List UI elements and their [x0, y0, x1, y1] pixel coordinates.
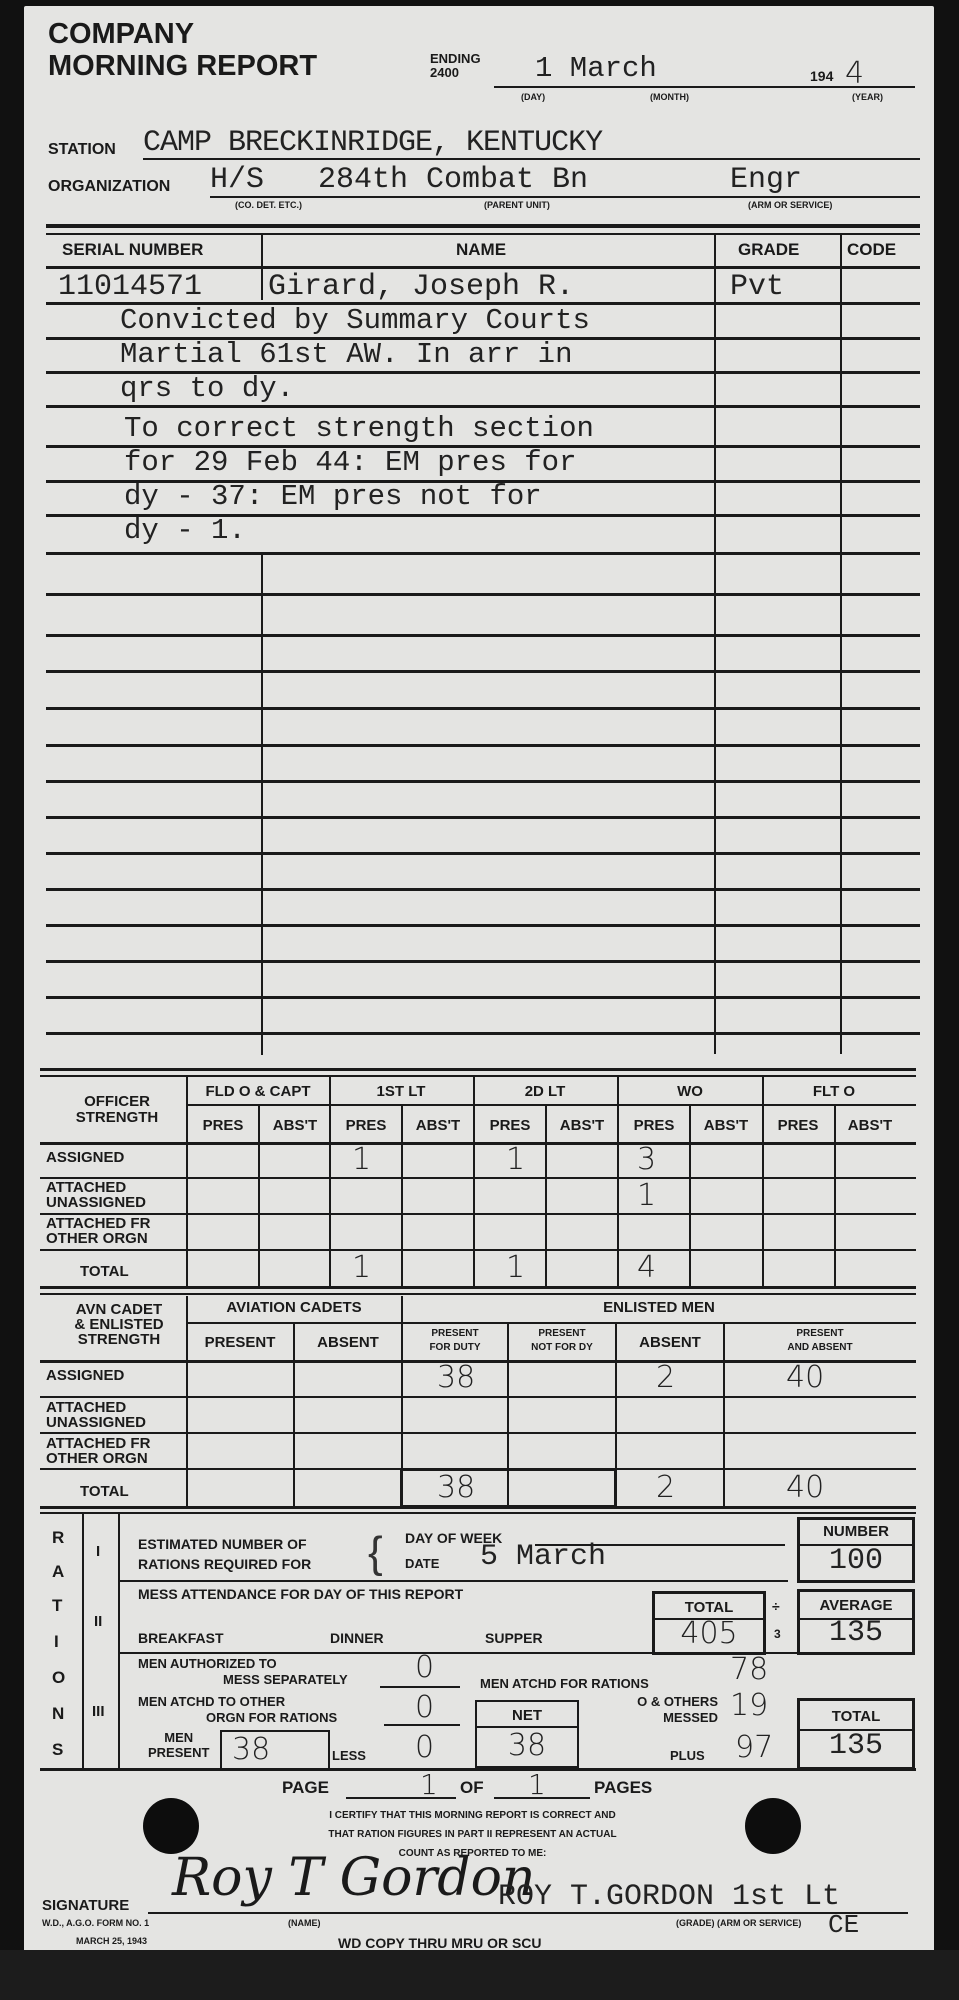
remark-line: Martial 61st AW. In arr in	[120, 338, 572, 371]
letter: O	[52, 1670, 65, 1686]
average-label: AVERAGE	[800, 1598, 912, 1614]
label-2: RATIONS REQUIRED FOR	[138, 1554, 311, 1574]
title-1: OFFICER	[72, 1094, 162, 1110]
line-1: PRESENT	[508, 1327, 616, 1341]
net-value: 38	[477, 1728, 577, 1763]
group-enlisted-men: ENLISTED MEN	[402, 1300, 916, 1316]
rule	[46, 337, 920, 340]
assigned-absent: 2	[656, 1360, 675, 1395]
part-3-numeral: III	[92, 1704, 105, 1720]
row-assigned: ASSIGNED	[46, 1368, 124, 1384]
ration-total-box: TOTAL 135	[797, 1698, 915, 1770]
label-1: ESTIMATED NUMBER OF	[138, 1534, 311, 1554]
col-em-absent: ABSENT	[616, 1335, 724, 1351]
station-underline	[143, 158, 920, 160]
rule	[46, 996, 920, 999]
punch-hole	[745, 1798, 801, 1854]
label-2: UNASSIGNED	[46, 1195, 146, 1210]
service-caption: (ARM OR SERVICE)	[748, 200, 832, 210]
atchd-other-orgn-value: 0	[415, 1690, 434, 1725]
rule	[46, 405, 920, 408]
sub-pres: PRES	[188, 1118, 258, 1134]
roster-top-rule	[46, 224, 920, 228]
brace-icon: {	[368, 1528, 383, 1578]
page-label: PAGE	[282, 1780, 329, 1796]
total-1st-lt-pres: 1	[352, 1250, 371, 1285]
rule	[46, 480, 920, 483]
sub-pres: PRES	[763, 1118, 833, 1134]
label-2: OTHER ORGN	[46, 1231, 150, 1246]
enlisted-header-rule	[40, 1360, 916, 1363]
group-wo: WO	[618, 1084, 762, 1100]
col-header-serial: SERIAL NUMBER	[62, 242, 203, 258]
v	[762, 1076, 764, 1288]
average-box: AVERAGE 135	[797, 1589, 915, 1655]
punch-hole	[143, 1798, 199, 1854]
underline	[346, 1797, 456, 1799]
rule	[40, 1213, 916, 1215]
row-total: TOTAL	[80, 1264, 129, 1280]
label-1: ATTACHED	[46, 1180, 146, 1195]
scan-background	[0, 1950, 959, 2000]
divide-icon: ÷	[772, 1598, 780, 1614]
rule	[46, 744, 920, 747]
officer-strength-title: OFFICER STRENGTH	[72, 1094, 162, 1126]
rule	[46, 924, 920, 927]
sub-abst: ABS'T	[691, 1118, 761, 1134]
atchd-for-rations-value: 78	[730, 1652, 768, 1687]
organization-parent-unit: 284th Combat Bn	[318, 163, 588, 197]
average-value: 135	[800, 1616, 912, 1650]
plus-value: 97	[735, 1730, 773, 1765]
month-caption: (MONTH)	[650, 92, 689, 102]
men-present-label: MEN PRESENT	[148, 1730, 209, 1760]
rations-divider	[118, 1514, 120, 1770]
v	[545, 1104, 547, 1288]
row-attached-unassigned: ATTACHED UNASSIGNED	[46, 1400, 146, 1430]
rule	[40, 1177, 916, 1179]
signer-name-grade: ROY T.GORDON 1st Lt	[498, 1880, 840, 1914]
less-value: 0	[415, 1730, 434, 1765]
name-caption: (NAME)	[288, 1918, 321, 1928]
divisor: 3	[774, 1626, 781, 1642]
less-label: LESS	[332, 1748, 366, 1764]
underline	[380, 1686, 460, 1688]
roster-divider-grade	[714, 234, 716, 1054]
unit-caption: (CO. DET. ETC.)	[235, 200, 302, 210]
rations-divider	[82, 1514, 84, 1770]
ending-label-1: ENDING	[430, 52, 481, 66]
total-absent: 2	[656, 1470, 675, 1505]
sub-abst: ABS'T	[403, 1118, 473, 1134]
label-2: PRESENT	[148, 1745, 209, 1760]
v	[258, 1104, 260, 1288]
col-cadets-present: PRESENT	[186, 1335, 294, 1351]
of-label: OF	[460, 1780, 484, 1796]
net-box: NET 38	[475, 1700, 579, 1768]
v	[329, 1076, 331, 1288]
form-date: MARCH 25, 1943	[76, 1936, 147, 1946]
row-attached-unassigned: ATTACHED UNASSIGNED	[46, 1180, 146, 1210]
assigned-2d-lt-pres: 1	[506, 1142, 525, 1177]
rule	[46, 552, 920, 555]
remark-line: To correct strength section	[124, 412, 594, 445]
roster-divider-serial-lower	[261, 555, 263, 1055]
others-messed-value: 19	[730, 1688, 768, 1723]
v	[293, 1322, 295, 1508]
total-present-and-absent: 40	[786, 1470, 824, 1505]
station-value: CAMP BRECKINRIDGE, KENTUCKY	[143, 126, 602, 160]
sub-abst: ABS'T	[547, 1118, 617, 1134]
total-2d-lt-pres: 1	[506, 1250, 525, 1285]
men-present-box: 38	[220, 1730, 330, 1770]
rule	[46, 816, 920, 819]
mess-separately-label: MEN AUTHORIZED TO MESS SEPARATELY	[138, 1656, 348, 1688]
rule	[40, 1432, 916, 1434]
assigned-wo-pres: 3	[637, 1142, 656, 1177]
part-divider	[118, 1652, 914, 1654]
rule	[46, 960, 920, 963]
underline	[384, 1724, 460, 1726]
total-box	[400, 1469, 616, 1507]
rule	[40, 1396, 916, 1398]
date-underline	[494, 86, 854, 88]
line-1: PRESENT	[402, 1327, 508, 1341]
rule	[46, 634, 920, 637]
rule	[46, 852, 920, 855]
row-assigned: ASSIGNED	[46, 1150, 124, 1166]
v	[834, 1104, 836, 1288]
parent-caption: (PARENT UNIT)	[484, 200, 550, 210]
line-1: I CERTIFY THAT THIS MORNING REPORT IS CO…	[255, 1806, 690, 1825]
title-1: AVN CADET	[54, 1302, 184, 1317]
rule	[46, 593, 920, 596]
label-2: OTHER ORGN	[46, 1451, 150, 1466]
entry-serial: 11014571	[58, 270, 202, 304]
roster-header-rule	[46, 266, 920, 269]
mess-attendance-title: MESS ATTENDANCE FOR DAY OF THIS REPORT	[138, 1586, 463, 1602]
rule	[46, 302, 920, 305]
grade-caption: (GRADE) (ARM OR SERVICE)	[676, 1918, 801, 1928]
total-label: TOTAL	[800, 1709, 912, 1725]
title-line-2: MORNING REPORT	[48, 50, 317, 82]
rule	[46, 1032, 920, 1035]
mess-total-box: TOTAL 405	[652, 1591, 766, 1655]
sub-abst: ABS'T	[260, 1118, 330, 1134]
title-3: STRENGTH	[54, 1332, 184, 1347]
assigned-1st-lt-pres: 1	[352, 1142, 371, 1177]
roster-divider-code	[840, 234, 842, 1054]
entry-grade: Pvt	[730, 270, 784, 304]
enlisted-group-rule	[186, 1322, 916, 1324]
col-em-present-not-for-dy: PRESENT NOT FOR DY	[508, 1327, 616, 1355]
form-number: W.D., A.G.O. FORM NO. 1	[42, 1918, 149, 1928]
part-2-numeral: II	[94, 1614, 102, 1630]
handwritten-signature: Roy T Gordon	[172, 1848, 535, 1908]
sub-pres: PRES	[331, 1118, 401, 1134]
label-1: O & OTHERS	[608, 1694, 718, 1710]
rule	[46, 670, 920, 673]
group-1st-lt: 1ST LT	[330, 1084, 472, 1100]
sub-pres: PRES	[475, 1118, 545, 1134]
organization-service: Engr	[730, 163, 802, 197]
label-2: ORGN FOR RATIONS	[138, 1710, 337, 1726]
label-2: UNASSIGNED	[46, 1415, 146, 1430]
line-2: FOR DUTY	[402, 1341, 508, 1355]
part-divider	[118, 1580, 788, 1582]
group-aviation-cadets: AVIATION CADETS	[186, 1300, 402, 1316]
col-header-grade: GRADE	[738, 242, 799, 258]
total-wo-pres: 4	[637, 1250, 656, 1285]
v	[723, 1322, 725, 1508]
col-header-name: NAME	[456, 242, 506, 258]
service-code: CE	[828, 1910, 859, 1940]
number-value: 100	[800, 1544, 912, 1578]
number-box: NUMBER 100	[797, 1517, 915, 1583]
v	[617, 1076, 619, 1288]
row-total: TOTAL	[80, 1484, 129, 1500]
label-1: MEN	[148, 1730, 209, 1745]
col-em-present-and-absent: PRESENT AND ABSENT	[724, 1327, 916, 1355]
group-flt-o: FLT O	[764, 1084, 904, 1100]
day-caption: (DAY)	[521, 92, 545, 102]
col-em-present-for-duty: PRESENT FOR DUTY	[402, 1327, 508, 1355]
remark-line: for 29 Feb 44: EM pres for	[124, 446, 576, 479]
rule	[46, 514, 920, 517]
label-1: ATTACHED FR	[46, 1436, 150, 1451]
rule	[46, 780, 920, 783]
supper-label: SUPPER	[485, 1630, 543, 1646]
rule	[40, 1512, 916, 1514]
year-underline	[845, 86, 915, 88]
v	[689, 1104, 691, 1288]
enlisted-strength-title: AVN CADET & ENLISTED STRENGTH	[54, 1302, 184, 1347]
organization-unit: H/S	[210, 163, 264, 197]
dinner-label: DINNER	[330, 1630, 384, 1646]
letter: S	[52, 1742, 63, 1758]
remark-line: Convicted by Summary Courts	[120, 304, 590, 337]
sub-abst: ABS'T	[835, 1118, 905, 1134]
rule	[46, 445, 920, 448]
roster-top-rule-2	[46, 233, 920, 235]
col-cadets-absent: ABSENT	[294, 1335, 402, 1351]
pages-label: PAGES	[594, 1780, 652, 1796]
label-2: MESS SEPARATELY	[138, 1672, 348, 1688]
letter: A	[52, 1564, 64, 1580]
underline	[494, 1797, 590, 1799]
label-1: ATTACHED	[46, 1400, 146, 1415]
organization-underline	[210, 196, 920, 198]
attached-wo-pres: 1	[637, 1178, 656, 1213]
rule	[46, 888, 920, 891]
rule	[46, 707, 920, 710]
roster-divider-serial	[261, 234, 263, 300]
group-2d-lt: 2D LT	[474, 1084, 616, 1100]
assigned-present-for-duty: 38	[437, 1360, 475, 1395]
remark-line: dy - 37: EM pres not for	[124, 480, 542, 513]
label-1: MEN AUTHORIZED TO	[138, 1656, 348, 1672]
line-2: AND ABSENT	[724, 1341, 916, 1355]
v	[186, 1296, 188, 1508]
form-title: COMPANY MORNING REPORT	[48, 18, 317, 82]
group-fld-o-capt: FLD O & CAPT	[188, 1084, 328, 1100]
rule	[40, 1293, 916, 1295]
station-label: STATION	[48, 141, 116, 159]
assigned-present-and-absent: 40	[786, 1360, 824, 1395]
title-2: STRENGTH	[72, 1110, 162, 1126]
letter: R	[52, 1530, 64, 1546]
rations-required-label: ESTIMATED NUMBER OF RATIONS REQUIRED FOR	[138, 1534, 311, 1574]
atchd-other-orgn-label: MEN ATCHD TO OTHER ORGN FOR RATIONS	[138, 1694, 337, 1726]
sub-pres: PRES	[619, 1118, 689, 1134]
title-line-1: COMPANY	[48, 18, 317, 50]
entry-name: Girard, Joseph R.	[268, 270, 574, 304]
breakfast-label: BREAKFAST	[138, 1630, 224, 1646]
remark-line: qrs to dy.	[120, 372, 294, 405]
row-attached-fr-other: ATTACHED FR OTHER ORGN	[46, 1216, 150, 1246]
copy-routing-note: WD COPY THRU MRU OR SCU	[338, 1935, 542, 1951]
v	[186, 1076, 188, 1288]
total-value: 405	[655, 1616, 763, 1651]
number-label: NUMBER	[800, 1524, 912, 1540]
letter: T	[52, 1598, 62, 1614]
men-present-value: 38	[232, 1732, 270, 1767]
label-1: MEN ATCHD TO OTHER	[138, 1694, 337, 1710]
line-1: PRESENT	[724, 1327, 916, 1341]
ending-label-2: 2400	[430, 66, 481, 80]
title-2: & ENLISTED	[54, 1317, 184, 1332]
line-2: NOT FOR DY	[508, 1341, 616, 1355]
total-value: 135	[800, 1729, 912, 1763]
v	[473, 1076, 475, 1288]
signature-label: SIGNATURE	[42, 1898, 129, 1914]
remark-line: dy - 1.	[124, 514, 246, 547]
officer-top-rule-2	[40, 1075, 916, 1077]
line-2: THAT RATION FIGURES IN PART II REPRESENT…	[255, 1825, 690, 1844]
rations-bottom-rule	[40, 1768, 916, 1771]
label-2: MESSED	[608, 1710, 718, 1726]
year-caption: (YEAR)	[852, 92, 883, 102]
net-label: NET	[477, 1708, 577, 1724]
ending-label: ENDING 2400	[430, 52, 481, 80]
officer-top-rule	[40, 1068, 916, 1071]
date-label: DATE	[405, 1556, 439, 1572]
organization-label: ORGANIZATION	[48, 178, 170, 196]
letter: N	[52, 1706, 64, 1722]
rule	[46, 371, 920, 374]
rule	[40, 1249, 916, 1251]
col-header-code: CODE	[847, 242, 896, 258]
row-attached-fr-other: ATTACHED FR OTHER ORGN	[46, 1436, 150, 1466]
part-1-numeral: I	[96, 1544, 100, 1560]
report-date: 1 March	[535, 52, 657, 85]
rule	[40, 1286, 916, 1289]
date-value: 5 March	[480, 1540, 606, 1574]
label-1: ATTACHED FR	[46, 1216, 150, 1231]
letter: I	[54, 1634, 59, 1650]
v	[401, 1104, 403, 1288]
mess-separately-value: 0	[415, 1650, 434, 1685]
officer-header-rule	[40, 1142, 916, 1145]
year-prefix: 194	[810, 68, 833, 84]
total-present-for-duty: 38	[437, 1470, 475, 1505]
total-label: TOTAL	[655, 1600, 763, 1616]
others-messed-label: O & OTHERS MESSED	[608, 1694, 718, 1726]
plus-label: PLUS	[670, 1748, 705, 1764]
officer-group-rule	[186, 1104, 916, 1106]
atchd-for-rations-label: MEN ATCHD FOR RATIONS	[480, 1676, 649, 1692]
